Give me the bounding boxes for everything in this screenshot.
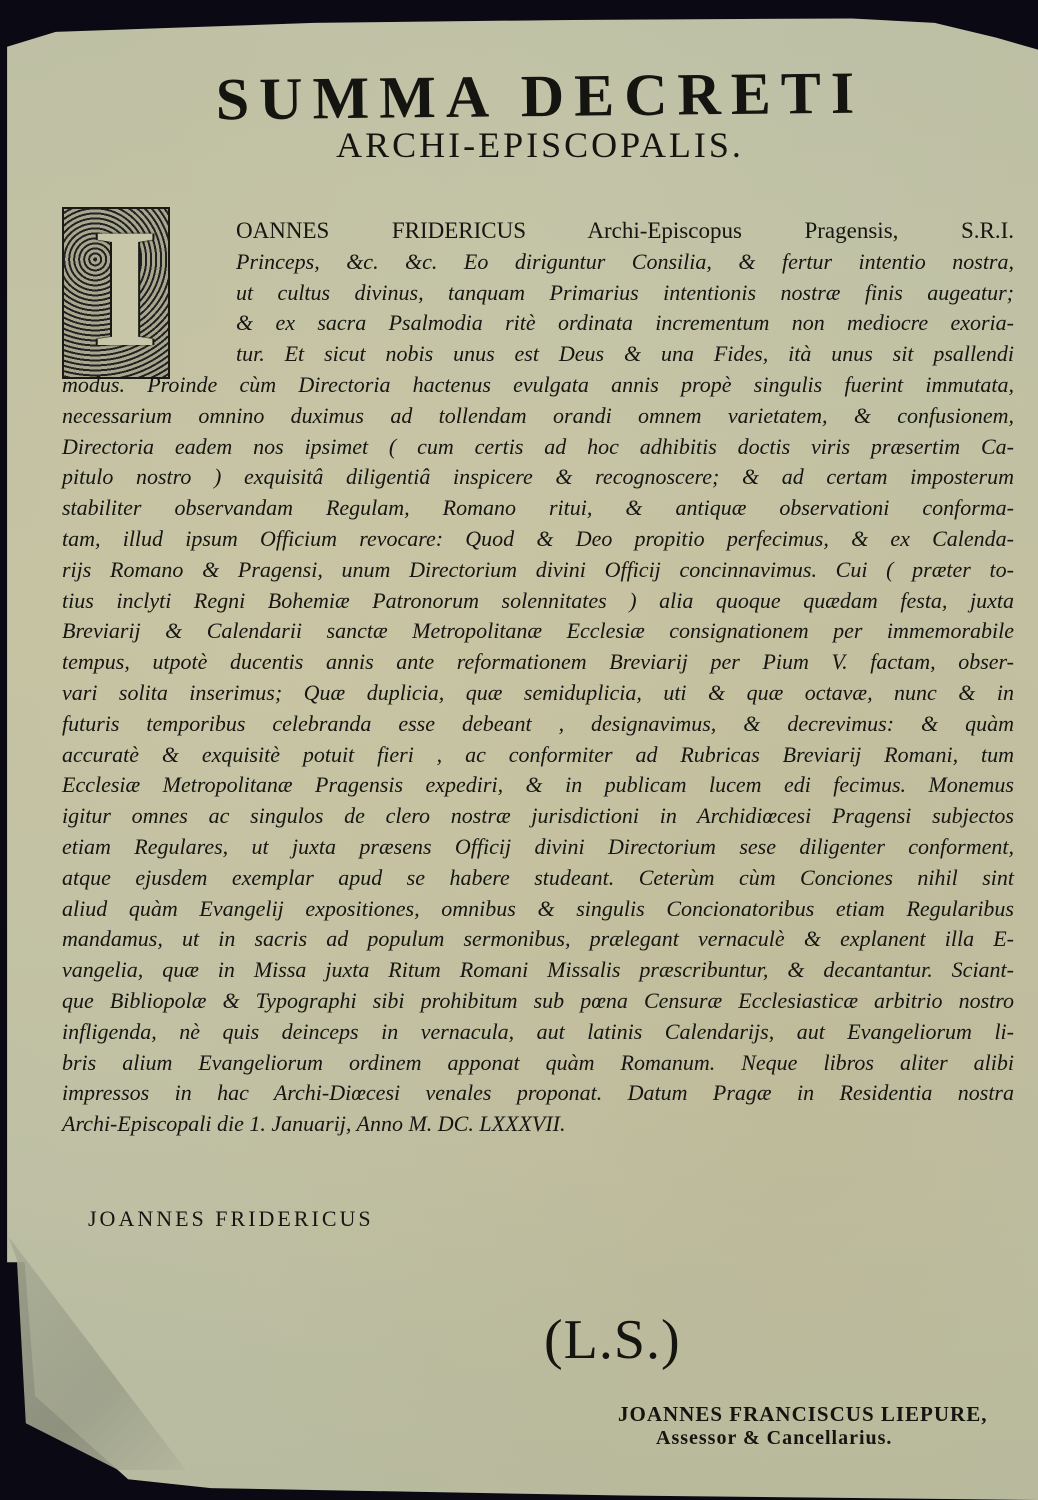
chancellor-role: Assessor & Cancellarius. bbox=[618, 1427, 987, 1450]
decree-body: OANNES FRIDERICUS Archi-Episcopus Pragen… bbox=[62, 216, 1014, 1140]
body-line: vangelia, quæ in Missa juxta Ritum Roman… bbox=[62, 955, 1014, 986]
chancellor-block: JOANNES FRANCISCUS LIEPURE, Assessor & C… bbox=[618, 1402, 987, 1450]
body-line: Archi-Episcopali die 1. Januarij, Anno M… bbox=[62, 1109, 1014, 1140]
body-line: OANNES FRIDERICUS Archi-Episcopus Pragen… bbox=[62, 216, 1014, 247]
body-line: Ecclesiæ Metropolitanæ Pragensis expedir… bbox=[62, 770, 1014, 801]
body-line: Princeps, &c. &c. Eo diriguntur Consilia… bbox=[62, 247, 1014, 278]
body-line: tempus, utpotè ducentis annis ante refor… bbox=[62, 647, 1014, 678]
body-line: stabiliter observandam Regulam, Romano r… bbox=[62, 493, 1014, 524]
body-line: infligenda, nè quis deinceps in vernacul… bbox=[62, 1017, 1014, 1048]
body-line: atque ejusdem exemplar apud se habere st… bbox=[62, 863, 1014, 894]
body-line: ut cultus divinus, tanquam Primarius int… bbox=[62, 278, 1014, 309]
archbishop-signature: JOANNES FRIDERICUS bbox=[88, 1206, 374, 1232]
body-line: Directoria eadem nos ipsimet ( cum certi… bbox=[62, 432, 1014, 463]
body-line: rijs Romano & Pragensi, unum Directorium… bbox=[62, 555, 1014, 586]
body-line: modus. Proinde cùm Directoria hactenus e… bbox=[62, 370, 1014, 401]
chancellor-name: JOANNES FRANCISCUS LIEPURE, bbox=[618, 1402, 987, 1426]
body-line: futuris temporibus celebranda esse debea… bbox=[62, 709, 1014, 740]
body-line: tam, illud ipsum Officium revocare: Quod… bbox=[62, 524, 1014, 555]
body-line: mandamus, ut in sacris ad populum sermon… bbox=[62, 924, 1014, 955]
body-line: & ex sacra Psalmodia ritè ordinata incre… bbox=[62, 308, 1014, 339]
body-line: accuratè & exquisitè potuit fieri , ac c… bbox=[62, 740, 1014, 771]
title-line-1: SUMMA DECRETI bbox=[190, 60, 891, 131]
body-line: vari solita inserimus; Quæ duplicia, quæ… bbox=[62, 678, 1014, 709]
body-line: bris alium Evangeliorum ordinem apponat … bbox=[62, 1048, 1014, 1079]
body-line: necessarium omnino duximus ad tollendam … bbox=[62, 401, 1014, 432]
body-line: Breviarij & Calendarii sanctæ Metropolit… bbox=[62, 616, 1014, 647]
body-line: igitur omnes ac singulos de clero nostræ… bbox=[62, 801, 1014, 832]
body-line: tur. Et sicut nobis unus est Deus & una … bbox=[62, 339, 1014, 370]
body-line: tius inclyti Regni Bohemiæ Patronorum so… bbox=[62, 586, 1014, 617]
body-line: aliud quàm Evangelij expositiones, omnib… bbox=[62, 894, 1014, 925]
body-line: que Bibliopolæ & Typographi sibi prohibi… bbox=[62, 986, 1014, 1017]
body-line: etiam Regulares, ut juxta præsens Offici… bbox=[62, 832, 1014, 863]
document-title: SUMMA DECRETI ARCHI-EPISCOPALIS. bbox=[190, 64, 890, 164]
body-line: impressos in hac Archi-Diœcesi venales p… bbox=[62, 1078, 1014, 1109]
title-line-2: ARCHI-EPISCOPALIS. bbox=[190, 126, 890, 164]
body-line: pitulo nostro ) exquisitâ diligentiâ ins… bbox=[62, 462, 1014, 493]
locus-sigilli: (L.S.) bbox=[544, 1308, 681, 1372]
